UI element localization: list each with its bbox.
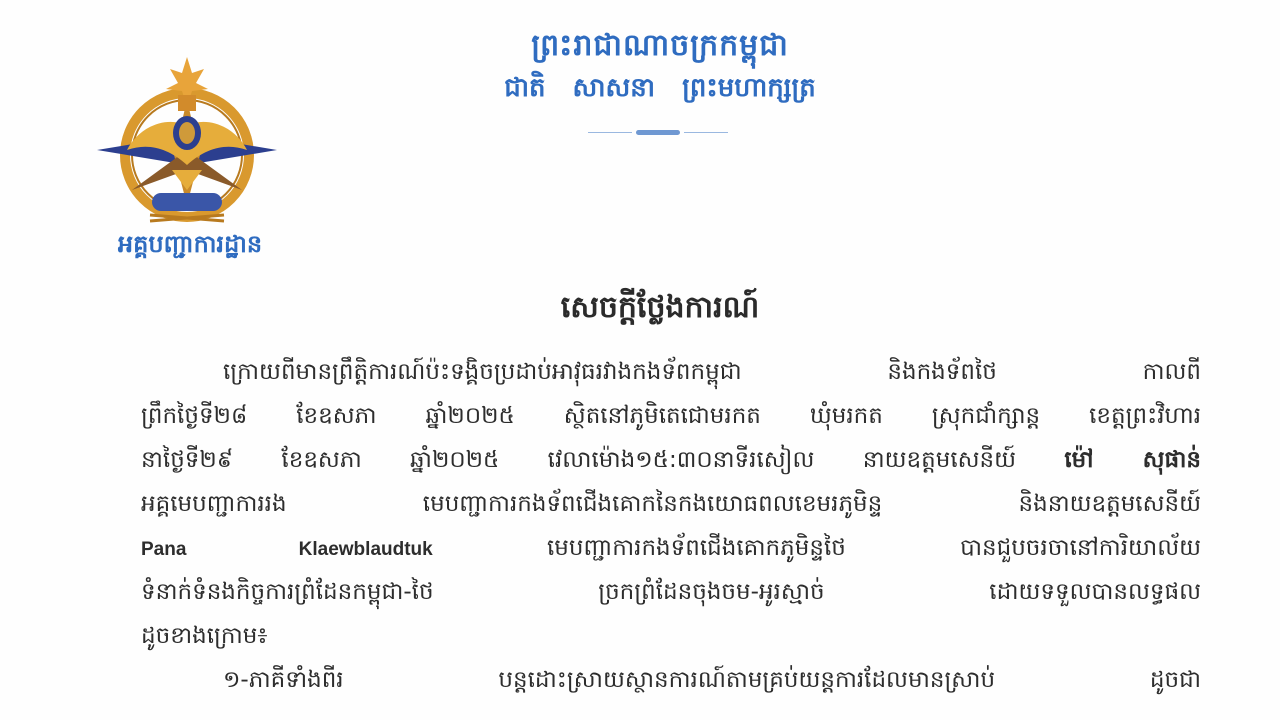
body-line-6: ទំនាក់ទំនងកិច្ចការព្រំដែនកម្ពុជា-ថៃ ច្រក…: [141, 570, 1201, 614]
divider-rule-right: [684, 132, 728, 133]
national-motto: ជាតិ សាសនា ព្រះមហាក្សត្រ: [440, 68, 880, 108]
body-line-7: ដូចខាងក្រោម៖: [141, 614, 1201, 658]
body-text: ព្រឹកថ្ងៃទី២៨ ខែឧសភា ឆ្នាំ២០២៥ ស្ថិតនៅភូ…: [141, 403, 1201, 429]
body-line-4: អគ្គមេបញ្ជាការរង មេបញ្ជាការកងទ័ពជើងគោកនៃ…: [141, 482, 1201, 526]
body-line-8-list-item-1: ១-ភាគីទាំងពីរ បន្តដោះស្រាយស្ថានការណ៍តាមគ…: [141, 658, 1201, 702]
military-emblem-icon: [92, 55, 282, 225]
body-text: នាថ្ងៃទី២៩ ខែឧសភា ឆ្នាំ២០២៥ វេលាម៉ោង១៥:៣…: [141, 447, 1064, 473]
body-text: អគ្គមេបញ្ជាការរង មេបញ្ជាការកងទ័ពជើងគោកនៃ…: [141, 491, 1201, 517]
body-line-2: ព្រឹកថ្ងៃទី២៨ ខែឧសភា ឆ្នាំ២០២៥ ស្ថិតនៅភូ…: [141, 394, 1201, 438]
kingdom-name: ព្រះរាជាណាចក្រកម្ពុជា: [440, 24, 880, 68]
issuing-organization: អគ្គបញ្ជាការដ្ឋាន: [80, 224, 300, 264]
kingdom-header: ព្រះរាជាណាចក្រកម្ពុជា ជាតិ សាសនា ព្រះមហា…: [440, 24, 880, 108]
official-name-bold: ម៉ៅ សុផាន់: [1064, 447, 1201, 473]
divider-rule-left: [588, 132, 632, 133]
document-title: សេចក្តីថ្លែងការណ៍: [480, 284, 840, 332]
official-name-latin: Pana Klaewblaudtuk: [141, 539, 433, 560]
body-text: ១-ភាគីទាំងពីរ បន្តដោះស្រាយស្ថានការណ៍តាមគ…: [223, 667, 1201, 693]
body-text: ក្រោយពីមានព្រឹត្តិការណ៍ប៉ះទង្គិចប្រដាប់អ…: [223, 359, 1201, 385]
scanned-document-page: ព្រះរាជាណាចក្រកម្ពុជា ជាតិ សាសនា ព្រះមហា…: [0, 0, 1280, 720]
body-line-5: Pana Klaewblaudtuk មេបញ្ជាការកងទ័ពជើងគោក…: [141, 526, 1201, 570]
decorative-divider: [588, 130, 728, 136]
body-line-1: ក្រោយពីមានព្រឹត្តិការណ៍ប៉ះទង្គិចប្រដាប់អ…: [141, 350, 1201, 394]
body-text: មេបញ្ជាការកងទ័ពជើងគោកភូមិន្ទថៃ បានជួបចរច…: [433, 535, 1201, 561]
divider-ornament-icon: [636, 130, 680, 135]
document-body: ក្រោយពីមានព្រឹត្តិការណ៍ប៉ះទង្គិចប្រដាប់អ…: [141, 350, 1201, 702]
body-text: ទំនាក់ទំនងកិច្ចការព្រំដែនកម្ពុជា-ថៃ ច្រក…: [141, 579, 1201, 605]
body-text: ដូចខាងក្រោម៖: [141, 623, 267, 649]
body-line-3: នាថ្ងៃទី២៩ ខែឧសភា ឆ្នាំ២០២៥ វេលាម៉ោង១៥:៣…: [141, 438, 1201, 482]
